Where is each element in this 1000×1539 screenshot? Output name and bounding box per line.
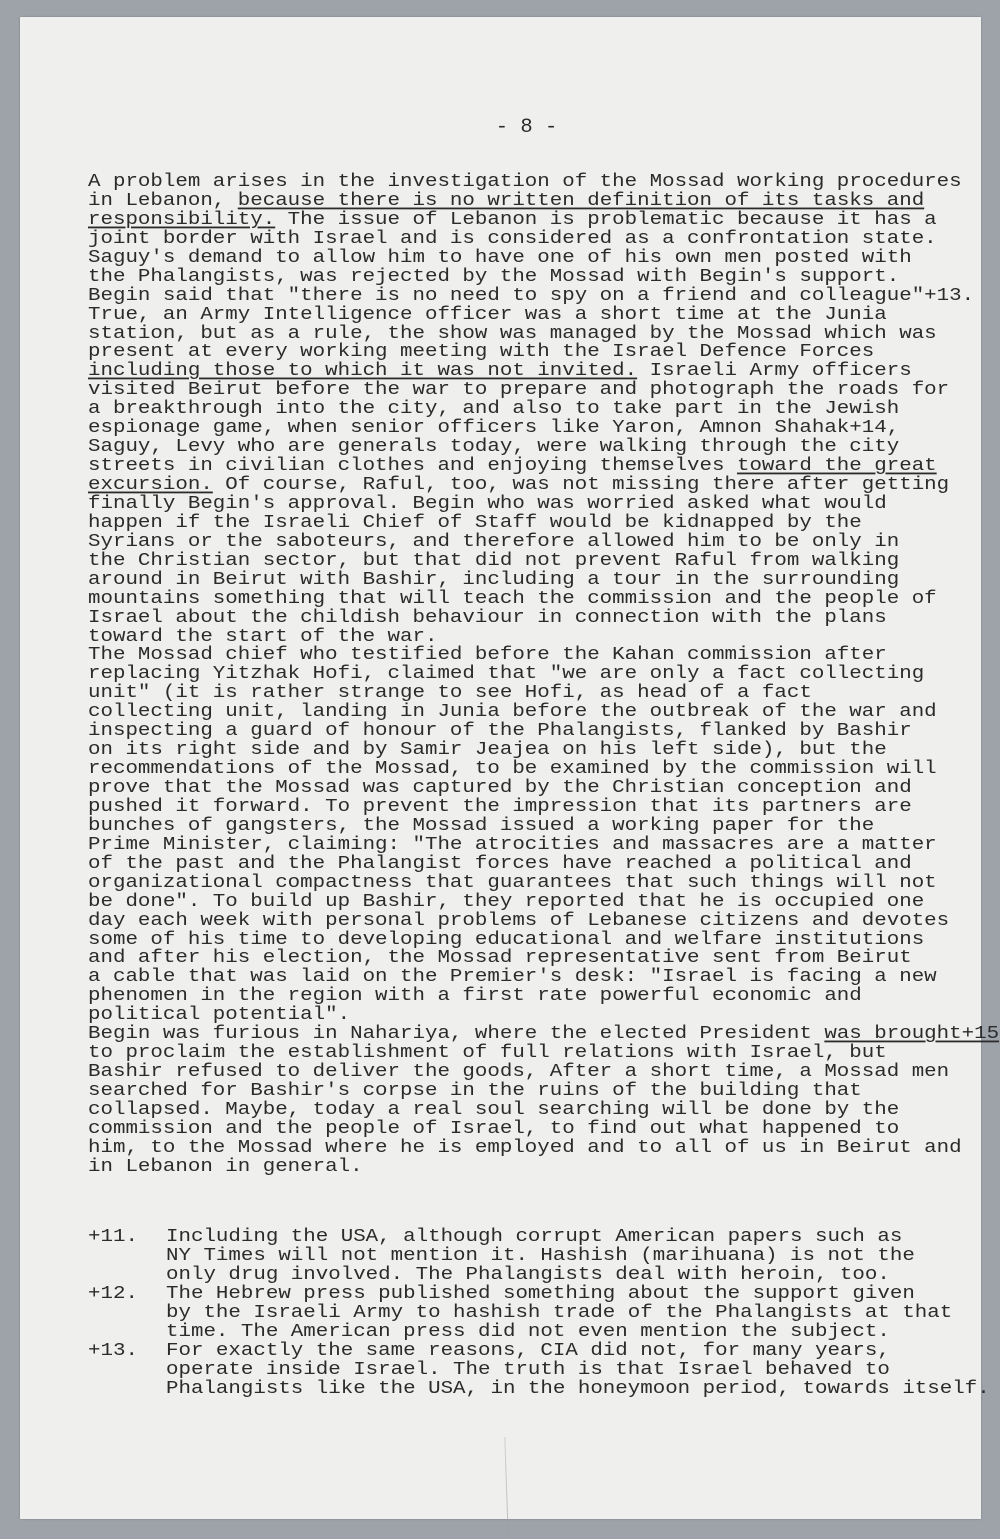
text-segment: Syrians or the saboteurs, and therefore … <box>88 531 899 552</box>
text-segment: Bashir refused to deliver the goods, Aft… <box>88 1061 949 1082</box>
footnote: +13.For exactly the same reasons, CIA di… <box>88 1342 990 1399</box>
footnote-mark: +11. <box>88 1229 138 1246</box>
text-segment: the Phalangists, was rejected by the Mos… <box>88 266 899 287</box>
text-segment: finally Begin's approval. Begin who was … <box>88 493 887 514</box>
footnote-line: The Hebrew press published something abo… <box>166 1285 952 1304</box>
text-segment: unit" (it is rather strange to see Hofi,… <box>88 683 812 704</box>
text-segment: True, an Army Intelligence officer was a… <box>88 304 887 325</box>
body-line: A problem arises in the investigation of… <box>88 173 999 192</box>
body-line: organizational compactness that guarante… <box>88 874 999 893</box>
paper-crease <box>504 1437 508 1537</box>
body-line: Syrians or the saboteurs, and therefore … <box>88 533 999 552</box>
text-segment: A problem arises in the investigation of… <box>88 171 962 192</box>
body-line: Prime Minister, claiming: "The atrocitie… <box>88 836 999 855</box>
text-segment: streets in civilian clothes and enjoying… <box>88 455 737 476</box>
body-line: streets in civilian clothes and enjoying… <box>88 457 999 476</box>
body-line: Saguy, Levy who are generals today, were… <box>88 438 999 457</box>
text-segment: bunches of gangsters, the Mossad issued … <box>88 815 874 836</box>
underlined-text: was brought+15 <box>824 1024 999 1045</box>
text-segment: Begin was furious in Nahariya, where the… <box>88 1024 824 1045</box>
text-segment: collecting unit, landing in Junia before… <box>88 702 937 723</box>
body-line: excursion. Of course, Raful, too, was no… <box>88 476 999 495</box>
footnote-line: by the Israeli Army to hashish trade of … <box>166 1304 952 1323</box>
text-segment: Prime Minister, claiming: "The atrocitie… <box>88 834 937 855</box>
underlined-text: toward the great <box>737 455 937 476</box>
body-line: pushed it forward. To prevent the impres… <box>88 798 999 817</box>
text-segment: The issue of Lebanon is problematic beca… <box>275 209 936 230</box>
text-segment: commission and the people of Israel, to … <box>88 1118 899 1139</box>
text-segment: political potential". <box>88 1005 350 1026</box>
body-line: the Phalangists, was rejected by the Mos… <box>88 268 999 287</box>
footnote-line: operate inside Israel. The truth is that… <box>166 1361 990 1380</box>
page-number: - 8 - <box>20 117 981 139</box>
body-line: prove that the Mossad was captured by th… <box>88 779 999 798</box>
body-line: be done". To build up Bashir, they repor… <box>88 893 999 912</box>
text-segment: to proclaim the establishment of full re… <box>88 1043 887 1064</box>
text-segment: collapsed. Maybe, today a real soul sear… <box>88 1099 899 1120</box>
text-segment: him, to the Mossad where he is employed … <box>88 1137 962 1158</box>
body-line: Bashir refused to deliver the goods, Aft… <box>88 1063 999 1082</box>
footnote-line: only drug involved. The Phalangists deal… <box>166 1266 915 1285</box>
text-segment: Begin said that "there is no need to spy… <box>88 285 974 306</box>
text-segment: Saguy, Levy who are generals today, were… <box>88 437 899 458</box>
underlined-text: responsibility. <box>88 209 275 230</box>
footnote-mark: +12. <box>88 1286 138 1303</box>
body-line: in Lebanon, because there is no written … <box>88 192 999 211</box>
body-line: him, to the Mossad where he is employed … <box>88 1139 999 1158</box>
footnote-line: NY Times will not mention it. Hashish (m… <box>166 1247 915 1266</box>
underlined-text: because there is no written definition o… <box>238 190 924 211</box>
text-segment: happen if the Israeli Chief of Staff wou… <box>88 512 862 533</box>
text-segment: replacing Yitzhak Hofi, claimed that "we… <box>88 664 924 685</box>
footnote: +11.Including the USA, although corrupt … <box>88 1228 990 1285</box>
text-segment: espionage game, when senior officers lik… <box>88 418 899 439</box>
body-line: Begin was furious in Nahariya, where the… <box>88 1025 999 1044</box>
body-line: the Christian sector, but that did not p… <box>88 552 999 571</box>
text-segment: in Lebanon, <box>88 190 238 211</box>
text-segment: be done". To build up Bashir, they repor… <box>88 891 924 912</box>
body-line: in Lebanon in general. <box>88 1158 999 1177</box>
body-line: of the past and the Phalangist forces ha… <box>88 855 999 874</box>
underlined-text: excursion. <box>88 474 213 495</box>
footnote-mark: +13. <box>88 1343 138 1360</box>
body-line: Saguy's demand to allow him to have one … <box>88 249 999 268</box>
text-segment: inspecting a guard of honour of the Phal… <box>88 721 912 742</box>
body-line: phenomen in the region with a first rate… <box>88 987 999 1006</box>
text-segment: a breakthrough into the city, and also t… <box>88 399 899 420</box>
body-line: inspecting a guard of honour of the Phal… <box>88 722 999 741</box>
footnote-line: Including the USA, although corrupt Amer… <box>166 1228 915 1247</box>
body-line: espionage game, when senior officers lik… <box>88 419 999 438</box>
body-line: happen if the Israeli Chief of Staff wou… <box>88 514 999 533</box>
text-segment: the Christian sector, but that did not p… <box>88 550 899 571</box>
text-segment: pushed it forward. To prevent the impres… <box>88 796 912 817</box>
document-page: - 8 - A problem arises in the investigat… <box>20 17 981 1519</box>
body-line: mountains something that will teach the … <box>88 590 999 609</box>
body-line: finally Begin's approval. Begin who was … <box>88 495 999 514</box>
text-segment: mountains something that will teach the … <box>88 588 937 609</box>
body-line: responsibility. The issue of Lebanon is … <box>88 211 999 230</box>
body-line: around in Beirut with Bashir, including … <box>88 571 999 590</box>
body-line: commission and the people of Israel, to … <box>88 1120 999 1139</box>
text-segment: day each week with personal problems of … <box>88 910 949 931</box>
body-line: visited Beirut before the war to prepare… <box>88 381 999 400</box>
footnote: +12.The Hebrew press published something… <box>88 1285 990 1342</box>
body-line: searched for Bashir's corpse in the ruin… <box>88 1082 999 1101</box>
text-segment: around in Beirut with Bashir, including … <box>88 569 899 590</box>
text-segment: Saguy's demand to allow him to have one … <box>88 247 912 268</box>
text-segment: organizational compactness that guarante… <box>88 872 937 893</box>
body-line: day each week with personal problems of … <box>88 912 999 931</box>
body-line: Israel about the childish behaviour in c… <box>88 609 999 628</box>
body-line: collapsed. Maybe, today a real soul sear… <box>88 1101 999 1120</box>
text-segment: of the past and the Phalangist forces ha… <box>88 853 912 874</box>
body-line: recommendations of the Mossad, to be exa… <box>88 760 999 779</box>
footnotes: +11.Including the USA, although corrupt … <box>88 1228 990 1398</box>
body-line: unit" (it is rather strange to see Hofi,… <box>88 684 999 703</box>
body-text: A problem arises in the investigation of… <box>88 173 999 1177</box>
body-line: political potential". <box>88 1006 999 1025</box>
text-segment: on its right side and by Samir Jeajea on… <box>88 740 887 761</box>
text-segment: joint border with Israel and is consider… <box>88 228 937 249</box>
text-segment: Israel about the childish behaviour in c… <box>88 607 887 628</box>
text-segment: searched for Bashir's corpse in the ruin… <box>88 1080 862 1101</box>
body-line: bunches of gangsters, the Mossad issued … <box>88 817 999 836</box>
body-line: a breakthrough into the city, and also t… <box>88 400 999 419</box>
body-line: Begin said that "there is no need to spy… <box>88 287 999 306</box>
body-line: True, an Army Intelligence officer was a… <box>88 306 999 325</box>
text-segment: Of course, Raful, too, was not missing t… <box>213 474 949 495</box>
text-segment: visited Beirut before the war to prepare… <box>88 380 949 401</box>
footnote-line: For exactly the same reasons, CIA did no… <box>166 1342 990 1361</box>
body-line: to proclaim the establishment of full re… <box>88 1044 999 1063</box>
underlined-text: including those to which it was not invi… <box>88 361 637 382</box>
footnote-line: time. The American press did not even me… <box>166 1323 952 1342</box>
body-line: on its right side and by Samir Jeajea on… <box>88 741 999 760</box>
text-segment: Israeli Army officers <box>637 361 912 382</box>
text-segment: in Lebanon in general. <box>88 1156 363 1177</box>
footnote-line: Phalangists like the USA, in the honeymo… <box>166 1380 990 1399</box>
text-segment: prove that the Mossad was captured by th… <box>88 777 912 798</box>
text-segment: recommendations of the Mossad, to be exa… <box>88 758 937 779</box>
text-segment: phenomen in the region with a first rate… <box>88 986 862 1007</box>
body-line: collecting unit, landing in Junia before… <box>88 703 999 722</box>
text-segment: a cable that was laid on the Premier's d… <box>88 967 937 988</box>
body-line: joint border with Israel and is consider… <box>88 230 999 249</box>
